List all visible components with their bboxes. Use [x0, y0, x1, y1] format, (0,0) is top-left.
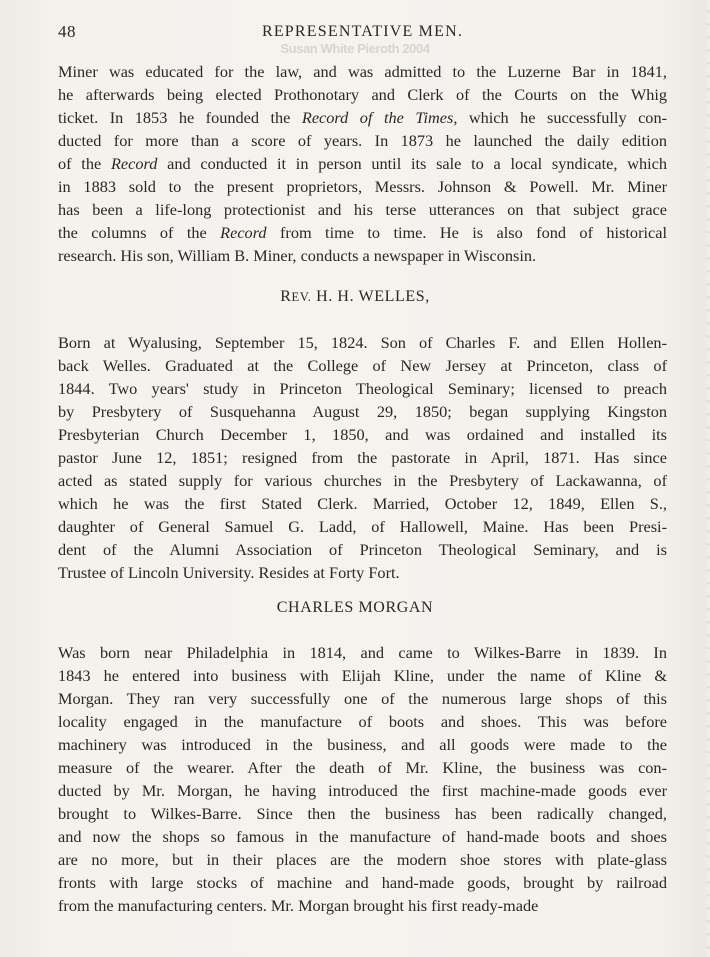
paragraph-welles: Born at Wyalusing, September 15, 1824. S… — [58, 331, 667, 584]
text-line: which he was the first Stated Clerk. Mar… — [58, 492, 667, 515]
text-line: measure of the wearer. After the death o… — [58, 756, 667, 779]
text-line-content: are no more, but in their places are the… — [58, 848, 667, 871]
text-line: back Welles. Graduated at the College of… — [58, 354, 667, 377]
text-line-content: in 1883 sold to the present proprietors,… — [58, 175, 667, 198]
text-line-content: brought to Wilkes-Barre. Since then the … — [58, 802, 667, 825]
text-line: locality engaged in the manufacture of b… — [58, 710, 667, 733]
text-line-content: machinery was introduced in the business… — [58, 733, 667, 756]
heading-prefix-initial: R — [280, 288, 291, 305]
text-line: ducted for more than a score of years. I… — [58, 129, 667, 152]
watermark: Susan White Pieroth 2004 — [0, 41, 710, 56]
heading-prefix-rest: EV. — [291, 290, 311, 304]
text-line-content: ticket. In 1853 he founded the Record of… — [58, 106, 667, 129]
scanned-book-page: 48 REPRESENTATIVE MEN. Susan White Piero… — [0, 0, 710, 957]
text-line-content: Presbyterian Church December 1, 1850, an… — [58, 423, 667, 446]
text-line: in 1883 sold to the present proprietors,… — [58, 175, 667, 198]
text-line-content: by Presbytery of Susquehanna August 29, … — [58, 400, 667, 423]
text-line: and now the shops so famous in the manuf… — [58, 825, 667, 848]
text-line-content: which he was the first Stated Clerk. Mar… — [58, 492, 667, 515]
text-line: Miner was educated for the law, and was … — [58, 60, 667, 83]
text-line-content: of the Record and conducted it in person… — [58, 152, 667, 175]
text-line: pastor June 12, 1851; resigned from the … — [58, 446, 667, 469]
heading-name: H. H. WELLES, — [316, 288, 430, 305]
text-line-content: he afterwards being elected Prothonotary… — [58, 83, 667, 106]
text-line: Trustee of Lincoln University. Resides a… — [58, 561, 667, 584]
text-line: from the manufacturing centers. Mr. Morg… — [58, 894, 667, 917]
text-line: ticket. In 1853 he founded the Record of… — [58, 106, 667, 129]
text-line-content: Trustee of Lincoln University. Resides a… — [58, 561, 667, 584]
section-heading-morgan: CHARLES MORGAN — [0, 599, 710, 617]
text-line-content: from the manufacturing centers. Mr. Morg… — [58, 894, 667, 917]
text-line-content: daughter of General Samuel G. Ladd, of H… — [58, 515, 667, 538]
text-line-content: measure of the wearer. After the death o… — [58, 756, 667, 779]
text-line: ducted by Mr. Morgan, he having introduc… — [58, 779, 667, 802]
text-line-content: locality engaged in the manufacture of b… — [58, 710, 667, 733]
running-title: REPRESENTATIVE MEN. — [58, 23, 667, 41]
paragraph-miner-continued: Miner was educated for the law, and was … — [58, 60, 667, 267]
text-line: research. His son, William B. Miner, con… — [58, 244, 667, 267]
text-line: are no more, but in their places are the… — [58, 848, 667, 871]
text-line-content: has been a life-long protectionist and h… — [58, 198, 667, 221]
text-line: 1844. Two years' study in Princeton Theo… — [58, 377, 667, 400]
text-line-content: back Welles. Graduated at the College of… — [58, 354, 667, 377]
text-line-content: ducted by Mr. Morgan, he having introduc… — [58, 779, 667, 802]
text-line: of the Record and conducted it in person… — [58, 152, 667, 175]
text-line: Born at Wyalusing, September 15, 1824. S… — [58, 331, 667, 354]
text-line-content: Miner was educated for the law, and was … — [58, 60, 667, 83]
text-line: acted as stated supply for various churc… — [58, 469, 667, 492]
text-line: Morgan. They ran very successfully one o… — [58, 687, 667, 710]
text-line-content: the columns of the Record from time to t… — [58, 221, 667, 244]
text-line: 1843 he entered into business with Elija… — [58, 664, 667, 687]
text-line: brought to Wilkes-Barre. Since then the … — [58, 802, 667, 825]
text-line-content: Was born near Philadelphia in 1814, and … — [58, 641, 667, 664]
text-line: Was born near Philadelphia in 1814, and … — [58, 641, 667, 664]
text-line-content: Morgan. They ran very successfully one o… — [58, 687, 667, 710]
text-line: he afterwards being elected Prothonotary… — [58, 83, 667, 106]
section-heading-welles: REV. H. H. WELLES, — [0, 288, 710, 306]
text-line: daughter of General Samuel G. Ladd, of H… — [58, 515, 667, 538]
text-line-content: acted as stated supply for various churc… — [58, 469, 667, 492]
text-line: fronts with large stocks of machine and … — [58, 871, 667, 894]
text-line-content: research. His son, William B. Miner, con… — [58, 244, 667, 267]
text-line-content: pastor June 12, 1851; resigned from the … — [58, 446, 667, 469]
text-line-content: 1843 he entered into business with Elija… — [58, 664, 667, 687]
text-line: the columns of the Record from time to t… — [58, 221, 667, 244]
text-line-content: 1844. Two years' study in Princeton Theo… — [58, 377, 667, 400]
text-line-content: fronts with large stocks of machine and … — [58, 871, 667, 894]
text-line: by Presbytery of Susquehanna August 29, … — [58, 400, 667, 423]
paragraph-morgan: Was born near Philadelphia in 1814, and … — [58, 641, 667, 917]
text-line-content: ducted for more than a score of years. I… — [58, 129, 667, 152]
text-line: has been a life-long protectionist and h… — [58, 198, 667, 221]
text-line: machinery was introduced in the business… — [58, 733, 667, 756]
text-line: Presbyterian Church December 1, 1850, an… — [58, 423, 667, 446]
text-line: dent of the Alumni Association of Prince… — [58, 538, 667, 561]
page-edge-shadow — [706, 0, 710, 957]
text-line-content: Born at Wyalusing, September 15, 1824. S… — [58, 331, 667, 354]
text-line-content: and now the shops so famous in the manuf… — [58, 825, 667, 848]
text-line-content: dent of the Alumni Association of Prince… — [58, 538, 667, 561]
